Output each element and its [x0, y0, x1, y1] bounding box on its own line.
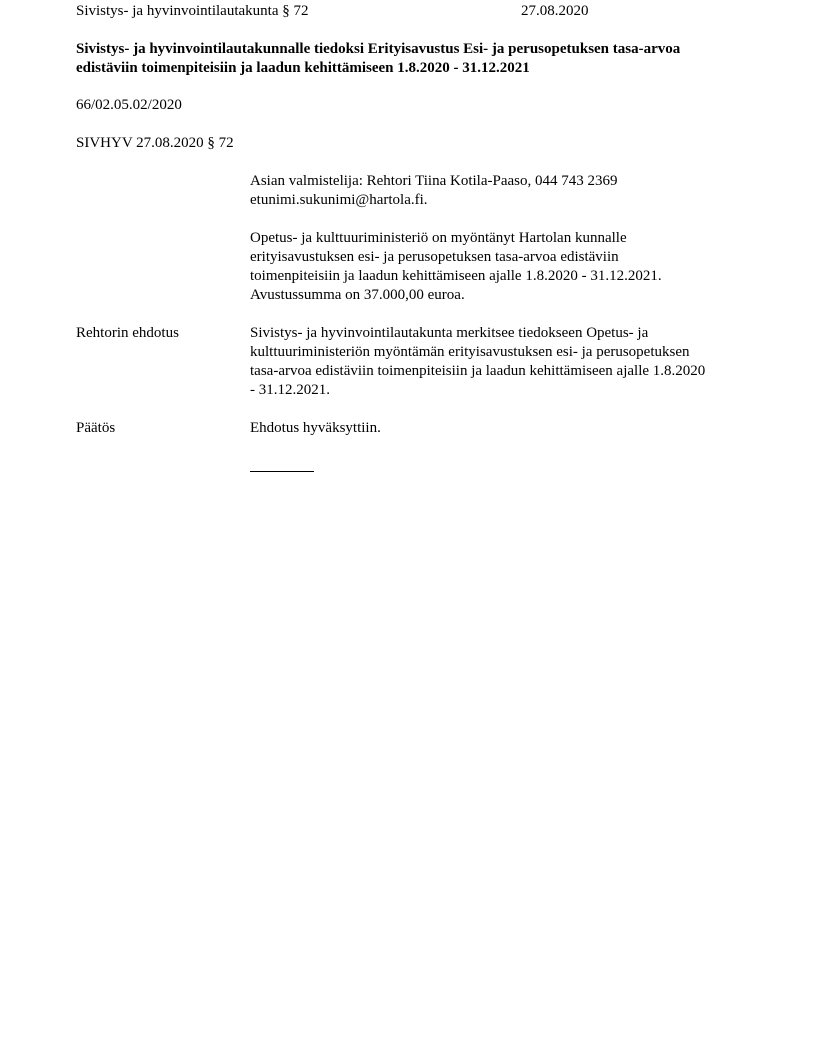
proposal-label: Rehtorin ehdotus: [76, 324, 179, 343]
body-line: erityisavustuksen esi- ja perusopetuksen…: [250, 248, 750, 267]
preparer-info: Asian valmistelija: Rehtori Tiina Kotila…: [250, 172, 750, 210]
committee-header: Sivistys- ja hyvinvointilautakunta § 72: [76, 2, 309, 21]
body-line: Avustussumma on 37.000,00 euroa.: [250, 286, 750, 305]
title-line: edistäviin toimenpiteisiin ja laadun keh…: [76, 59, 756, 78]
proposal-line: tasa-arvoa edistäviin toimenpiteisiin ja…: [250, 362, 750, 381]
preparer-email: etunimi.sukunimi@hartola.fi.: [250, 191, 750, 210]
meeting-date: 27.08.2020: [521, 2, 589, 21]
proposal-text: Sivistys- ja hyvinvointilautakunta merki…: [250, 324, 750, 400]
body-paragraph: Opetus- ja kulttuuriministeriö on myöntä…: [250, 229, 750, 305]
end-divider: [250, 471, 314, 472]
proposal-line: - 31.12.2021.: [250, 381, 750, 400]
body-line: toimenpiteisiin ja laadun kehittämiseen …: [250, 267, 750, 286]
body-line: Opetus- ja kulttuuriministeriö on myöntä…: [250, 229, 750, 248]
decision-text: Ehdotus hyväksyttiin.: [250, 419, 750, 438]
proposal-line: kulttuuriministeriön myöntämän erityisav…: [250, 343, 750, 362]
decision-label: Päätös: [76, 419, 115, 438]
diary-number: 66/02.05.02/2020: [76, 96, 182, 115]
title-line: Sivistys- ja hyvinvointilautakunnalle ti…: [76, 40, 756, 59]
document-title: Sivistys- ja hyvinvointilautakunnalle ti…: [76, 40, 756, 78]
preparer-line: Asian valmistelija: Rehtori Tiina Kotila…: [250, 172, 750, 191]
meeting-reference: SIVHYV 27.08.2020 § 72: [76, 134, 234, 153]
proposal-line: Sivistys- ja hyvinvointilautakunta merki…: [250, 324, 750, 343]
